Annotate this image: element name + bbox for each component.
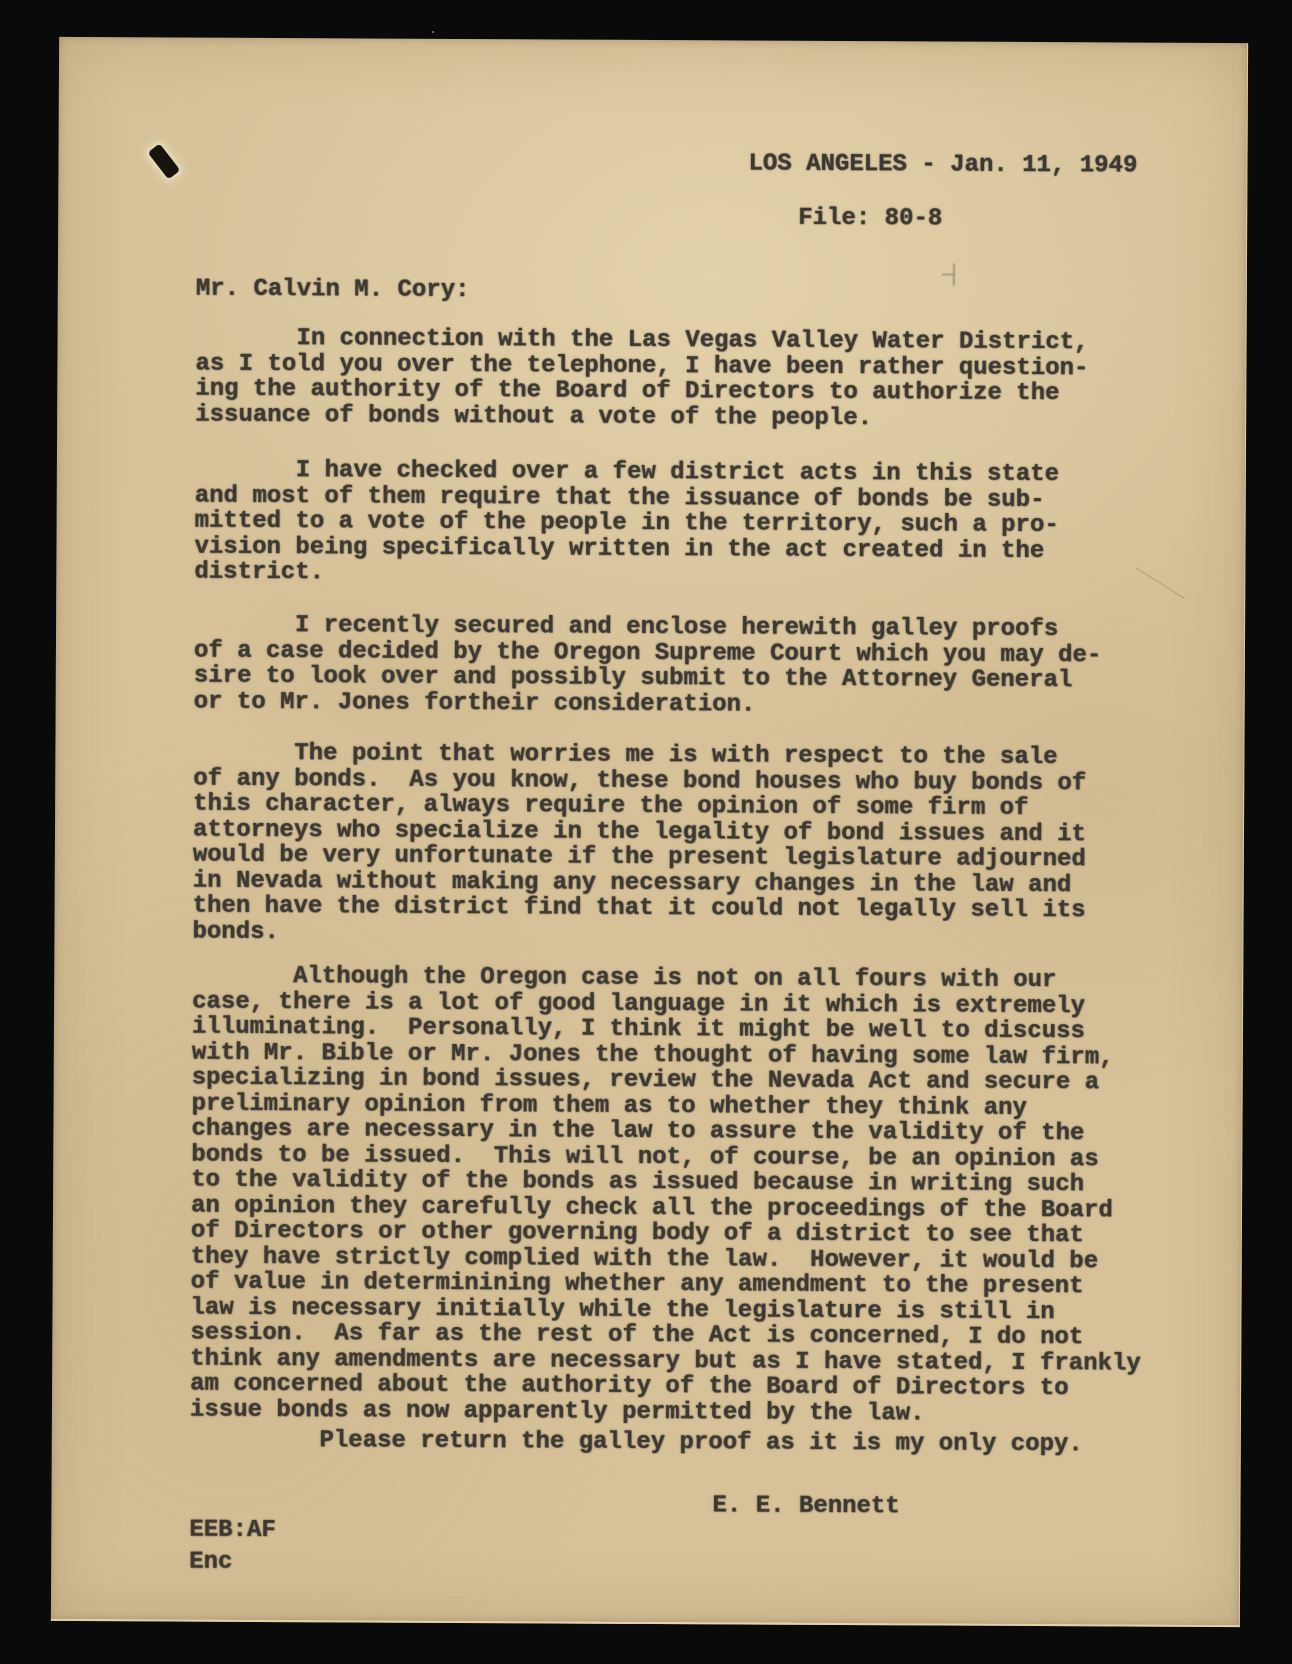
letter-paragraph: In connection with the Las Vegas Valley … [195,326,1186,433]
letter-paragraph: I recently secured and enclose herewith … [194,613,1185,720]
file-number: File: 80-8 [798,206,942,232]
letter-paragraph: Although the Oregon case is not on all f… [190,964,1182,1428]
dust-specks [432,31,434,33]
typist-initials: EEB:AF [189,1518,276,1544]
letter-page: LOS ANGELES - Jan. 11, 1949 File: 80-8 M… [51,37,1248,1627]
signature: E. E. Bennett [712,1493,899,1519]
dateline: LOS ANGELES - Jan. 11, 1949 [748,152,1137,180]
closing-request-line: Please return the galley proof as it is … [190,1428,1083,1458]
salutation: Mr. Calvin M. Cory: [196,277,470,304]
scan-background: LOS ANGELES - Jan. 11, 1949 File: 80-8 M… [0,0,1292,1664]
letter-paragraph: I have checked over a few district acts … [194,458,1185,591]
enclosure-notation: Enc [189,1550,232,1576]
typed-text-layer: LOS ANGELES - Jan. 11, 1949 File: 80-8 M… [51,37,1247,1625]
letter-paragraph: The point that worries me is with respec… [192,741,1183,950]
